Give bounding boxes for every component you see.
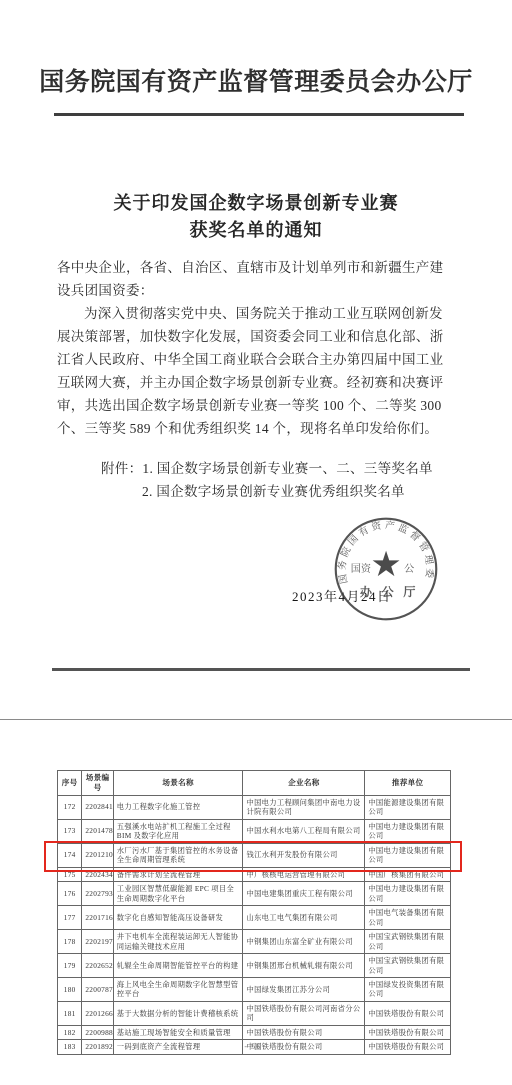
table-cell: 中国绿发集团江苏分公司 xyxy=(243,977,365,1001)
column-header: 场景名称 xyxy=(113,771,243,796)
page-break-line xyxy=(0,719,512,720)
table-cell: 172 xyxy=(58,795,82,819)
document-title-line1: 关于印发国企数字场景创新专业赛 xyxy=(0,190,512,217)
table-cell: 2200787 xyxy=(82,977,113,1001)
attachment-line-2: 2. 国企数字场景创新专业赛优秀组织奖名单 xyxy=(142,480,461,503)
table-cell: 轧辊全生命周期智能管控平台的构建 xyxy=(113,954,243,978)
table-row: 1812201266基于大数据分析的智能计费稽核系统中国铁塔股份有限公司河南省分… xyxy=(58,1001,451,1025)
table-row: 1732201478五强溪水电站扩机工程施工全过程 BIM 及数字化应用中国水利… xyxy=(58,819,451,843)
table-cell: 174 xyxy=(58,843,82,867)
table-cell: 177 xyxy=(58,906,82,930)
footer-rule xyxy=(52,668,470,671)
body-line: 个、三等奖 589 个和优秀组织奖 14 个，现将名单印发给你们。 xyxy=(57,417,461,440)
table-cell: 电力工程数字化施工管控 xyxy=(113,795,243,819)
table-cell: 173 xyxy=(58,819,82,843)
seal-inner-left-text: 国资 xyxy=(351,562,372,575)
table-cell: 2201266 xyxy=(82,1001,113,1025)
table-row: 1822200988基站施工现场智能安全和质量管理中国铁塔股份有限公司中国铁塔股… xyxy=(58,1025,451,1039)
awards-table: 序号场景编号场景名称企业名称推荐单位 1722202841电力工程数字化施工管控… xyxy=(57,770,451,1055)
table-cell: 中国水利水电第八工程局有限公司 xyxy=(243,819,365,843)
table-cell: 工业园区智慧低碳能源 EPC 项目全生命周期数字化平台 xyxy=(113,882,243,906)
table-cell: 中广核核电运营管理有限公司 xyxy=(243,867,365,881)
table-cell: 水厂污水厂基于集团管控的水务设备全生命周期管理系统 xyxy=(113,843,243,867)
table-row: 1802200787海上风电全生命周期数字化智慧型管控平台中国绿发集团江苏分公司… xyxy=(58,977,451,1001)
table-cell: 175 xyxy=(58,867,82,881)
document-title: 关于印发国企数字场景创新专业赛 获奖名单的通知 xyxy=(0,190,512,244)
column-header: 企业名称 xyxy=(243,771,365,796)
table-cell: 数字化自感知智能高压设备研发 xyxy=(113,906,243,930)
table-cell: 中国铁塔股份有限公司 xyxy=(243,1025,365,1039)
table-cell: 中国电建集团重庆工程有限公司 xyxy=(243,882,365,906)
body-line: 审，共选出国企数字场景创新专业赛一等奖 100 个、二等奖 300 xyxy=(57,394,461,417)
table-cell: 中国电力建设集团有限公司 xyxy=(365,882,451,906)
column-header: 推荐单位 xyxy=(365,771,451,796)
table-row: 1772201716数字化自感知智能高压设备研发山东电工电气集团有限公司中国电气… xyxy=(58,906,451,930)
table-cell: 中国广核集团有限公司 xyxy=(365,867,451,881)
table-cell: 井下电机车全流程装运卸无人智能协同运输关键技术应用 xyxy=(113,930,243,954)
table-cell: 五强溪水电站扩机工程施工全过程 BIM 及数字化应用 xyxy=(113,819,243,843)
letterhead-rule xyxy=(54,113,464,116)
table-row: 1792202652轧辊全生命周期智能管控平台的构建中钢集团邢台机械轧辊有限公司… xyxy=(58,954,451,978)
table-cell: 海上风电全生命周期数字化智慧型管控平台 xyxy=(113,977,243,1001)
table-cell: 2202434 xyxy=(82,867,113,881)
table-cell: 2201478 xyxy=(82,819,113,843)
salutation: 各中央企业，各省、自治区、直辖市及计划单列市和新疆生产建设兵团国资委： xyxy=(57,256,461,302)
table-cell: 钱江水利开发股份有限公司 xyxy=(243,843,365,867)
official-seal: 国务院国有资产监督管理委员会 ★ 国资 公 办公厅 xyxy=(328,511,444,627)
main-paragraph: 为深入贯彻落实党中央、国务院关于推动工业互联网创新发展决策部署，加快数字化发展，… xyxy=(57,302,461,440)
table-cell: 中国电力建设集团有限公司 xyxy=(365,843,451,867)
table-row: 1722202841电力工程数字化施工管控中国电力工程顾问集团中南电力设计院有限… xyxy=(58,795,451,819)
table-row: 1752202434备件需求计划全流程管理中广核核电运营管理有限公司中国广核集团… xyxy=(58,867,451,881)
table-cell: 178 xyxy=(58,930,82,954)
table-cell: 基站施工现场智能安全和质量管理 xyxy=(113,1025,243,1039)
table-cell: 179 xyxy=(58,954,82,978)
table-cell: 2201210 xyxy=(82,843,113,867)
attachment-line-1: 附件：1. 国企数字场景创新专业赛一、二、三等奖名单 xyxy=(101,457,461,480)
table-cell: 中钢集团山东富全矿业有限公司 xyxy=(243,930,365,954)
body-line: 各中央企业，各省、自治区、直辖市及计划单列市和新疆生产建 xyxy=(57,256,461,279)
document-title-line2: 获奖名单的通知 xyxy=(0,217,512,244)
table-cell: 中国能源建设集团有限公司 xyxy=(365,795,451,819)
body-line: 为深入贯彻落实党中央、国务院关于推动工业互联网创新发 xyxy=(57,302,461,325)
table-cell: 180 xyxy=(58,977,82,1001)
table-cell: 中国电力建设集团有限公司 xyxy=(365,819,451,843)
seal-bottom-text: 办公厅 xyxy=(360,584,425,599)
table-cell: 备件需求计划全流程管理 xyxy=(113,867,243,881)
table-row: 1742201210水厂污水厂基于集团管控的水务设备全生命周期管理系统钱江水利开… xyxy=(58,843,451,867)
table-cell: 2202841 xyxy=(82,795,113,819)
letterhead-issuer: 国务院国有资产监督管理委员会办公厅 xyxy=(0,62,512,98)
table-cell: 176 xyxy=(58,882,82,906)
table-cell: 基于大数据分析的智能计费稽核系统 xyxy=(113,1001,243,1025)
table-cell: 中钢集团邢台机械轧辊有限公司 xyxy=(243,954,365,978)
table-cell: 山东电工电气集团有限公司 xyxy=(243,906,365,930)
body-line: 设兵团国资委： xyxy=(57,279,461,302)
table-row: 1782202197井下电机车全流程装运卸无人智能协同运输关键技术应用中钢集团山… xyxy=(58,930,451,954)
table-cell: 2200988 xyxy=(82,1025,113,1039)
table-cell: 中国宝武钢铁集团有限公司 xyxy=(365,954,451,978)
document-body: 各中央企业，各省、自治区、直辖市及计划单列市和新疆生产建设兵团国资委： 为深入贯… xyxy=(57,256,461,503)
table-header-row: 序号场景编号场景名称企业名称推荐单位 xyxy=(58,771,451,796)
seal-star-icon: ★ xyxy=(370,545,401,584)
attachment-list: 附件：1. 国企数字场景创新专业赛一、二、三等奖名单 2. 国企数字场景创新专业… xyxy=(57,457,461,503)
table-cell: 2202197 xyxy=(82,930,113,954)
table-cell: 中国宝武钢铁集团有限公司 xyxy=(365,930,451,954)
page-number: - 56 - xyxy=(0,1042,512,1051)
table-cell: 中国铁塔股份有限公司 xyxy=(365,1025,451,1039)
table-cell: 中国电力工程顾问集团中南电力设计院有限公司 xyxy=(243,795,365,819)
document-page: 国务院国有资产监督管理委员会办公厅 关于印发国企数字场景创新专业赛 获奖名单的通… xyxy=(0,0,512,1085)
table-cell: 中国电气装备集团有限公司 xyxy=(365,906,451,930)
body-line: 江省人民政府、中华全国工商业联合会联合主办第四届中国工业 xyxy=(57,348,461,371)
table-cell: 中国铁塔股份有限公司河南省分公司 xyxy=(243,1001,365,1025)
table-cell: 2201716 xyxy=(82,906,113,930)
seal-inner-right-text: 公 xyxy=(404,563,414,575)
table-cell: 中国绿发投资集团有限公司 xyxy=(365,977,451,1001)
table-cell: 181 xyxy=(58,1001,82,1025)
table-cell: 182 xyxy=(58,1025,82,1039)
table-cell: 2202652 xyxy=(82,954,113,978)
table-cell: 中国铁塔股份有限公司 xyxy=(365,1001,451,1025)
column-header: 序号 xyxy=(58,771,82,796)
body-line: 展决策部署，加快数字化发展，国资委会同工业和信息化部、浙 xyxy=(57,325,461,348)
table-row: 1762202793工业园区智慧低碳能源 EPC 项目全生命周期数字化平台中国电… xyxy=(58,882,451,906)
column-header: 场景编号 xyxy=(82,771,113,796)
body-line: 互联网大赛，并主办国企数字场景创新专业赛。经初赛和决赛评 xyxy=(57,371,461,394)
table-cell: 2202793 xyxy=(82,882,113,906)
